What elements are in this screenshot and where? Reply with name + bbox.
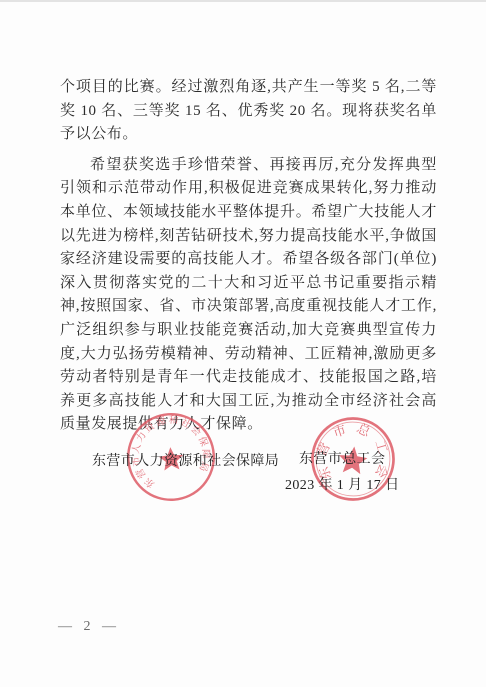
- scanned-official-document-page: 个项目的比赛。经过激烈角逐,共产生一等奖 5 名,二等奖 10 名、三等奖 15…: [0, 0, 486, 687]
- scan-edge-artifact: [0, 0, 486, 2]
- signature-date: 2023 年 1 月 17 日: [285, 474, 400, 494]
- signature-right-org: 东营市总工会: [299, 448, 385, 468]
- document-body: 个项目的比赛。经过激烈角逐,共产生一等奖 5 名,二等奖 10 名、三等奖 15…: [60, 76, 437, 437]
- page-number: — 2 —: [58, 619, 120, 635]
- body-paragraph-hope: 希望获奖选手珍惜荣誉、再接再厉,充分发挥典型引领和示范带动作用,积极促进竞赛成果…: [60, 154, 437, 437]
- signature-left-org: 东营市人力资源和社会保障局: [92, 450, 279, 470]
- body-paragraph-continued: 个项目的比赛。经过激烈角逐,共产生一等奖 5 名,二等奖 10 名、三等奖 15…: [60, 76, 437, 147]
